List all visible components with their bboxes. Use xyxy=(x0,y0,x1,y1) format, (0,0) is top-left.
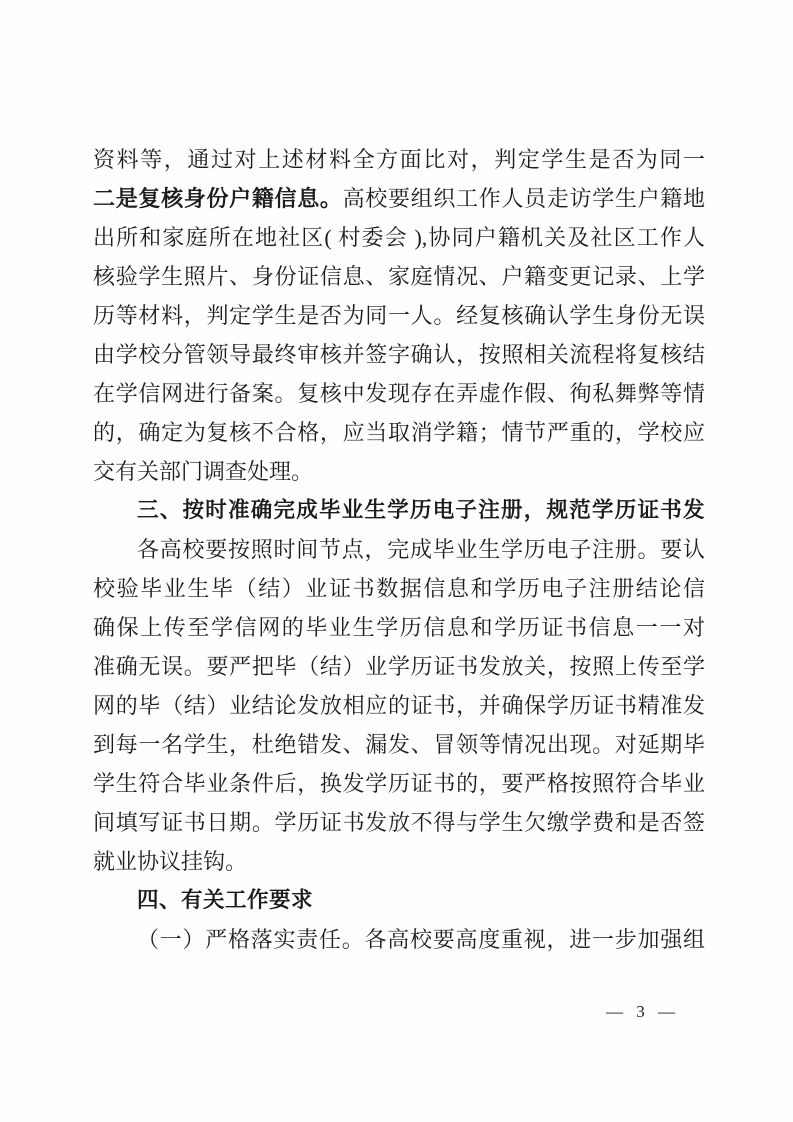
text-segment: 资料等，通过对上述材料全方面比对，判定学生是否为同一人。 xyxy=(93,147,705,179)
text-segment: 确保上传至学信网的毕业生学历信息和学历证书信息一一对应， xyxy=(93,615,705,647)
text-line: 准确无误。要严把毕（结）业学历证书发放关，按照上传至学信 xyxy=(93,647,705,686)
text-line: 到每一名学生，杜绝错发、漏发、冒领等情况出现。对延期毕业 xyxy=(93,725,705,764)
text-line: 网的毕（结）业结论发放相应的证书，并确保学历证书精准发放 xyxy=(93,686,705,725)
text-segment: 间填写证书日期。学历证书发放不得与学生欠缴学费和是否签订 xyxy=(93,810,705,842)
text-segment: 准确无误。要严把毕（结）业学历证书发放关，按照上传至学信 xyxy=(93,654,705,686)
text-segment: 由学校分管领导最终审核并签字确认，按照相关流程将复核结果 xyxy=(93,342,705,374)
text-line: 二是复核身份户籍信息。高校要组织工作人员走访学生户籍地派 xyxy=(93,179,705,218)
text-line: 学生符合毕业条件后，换发学历证书的，要严格按照符合毕业时 xyxy=(93,764,705,803)
section-4-heading: 四、有关工作要求 xyxy=(93,881,705,920)
text-line: 就业协议挂钩。 xyxy=(93,842,705,881)
text-segment: 核验学生照片、身份证信息、家庭情况、户籍变更记录、上学经 xyxy=(93,264,705,296)
text-segment: 校验毕业生毕（结）业证书数据信息和学历电子注册结论信息， xyxy=(93,576,705,608)
text-segment: 四、有关工作要求 xyxy=(137,888,313,912)
text-line: 核验学生照片、身份证信息、家庭情况、户籍变更记录、上学经 xyxy=(93,257,705,296)
document-body: 资料等，通过对上述材料全方面比对，判定学生是否为同一人。二是复核身份户籍信息。高… xyxy=(93,140,705,959)
text-segment: （一）严格落实责任。 xyxy=(137,927,365,952)
text-segment: 历等材料，判定学生是否为同一人。经复核确认学生身份无误后， xyxy=(93,303,705,335)
text-line: 确保上传至学信网的毕业生学历信息和学历证书信息一一对应， xyxy=(93,608,705,647)
text-segment: 就业协议挂钩。 xyxy=(93,849,247,874)
text-segment: 在学信网进行备案。复核中发现存在弄虚作假、徇私舞弊等情形 xyxy=(93,381,705,413)
text-line: （一）严格落实责任。各高校要高度重视，进一步加强组织 xyxy=(93,920,705,959)
text-line: 的，确定为复核不合格，应当取消学籍；情节严重的，学校应移 xyxy=(93,413,705,452)
text-line: 出所和家庭所在地社区( 村委会 ),协同户籍机关及社区工作人员， xyxy=(93,218,705,257)
text-segment: 学生符合毕业条件后，换发学历证书的，要严格按照符合毕业时 xyxy=(93,771,705,803)
text-segment: 各高校要按照时间节点，完成毕业生学历电子注册。要认真 xyxy=(93,537,705,569)
text-line: 各高校要按照时间节点，完成毕业生学历电子注册。要认真 xyxy=(93,530,705,569)
text-line: 资料等，通过对上述材料全方面比对，判定学生是否为同一人。 xyxy=(93,140,705,179)
text-line: 由学校分管领导最终审核并签字确认，按照相关流程将复核结果 xyxy=(93,335,705,374)
document-page: 资料等，通过对上述材料全方面比对，判定学生是否为同一人。二是复核身份户籍信息。高… xyxy=(0,0,793,1122)
emphasis-text: 二是复核身份户籍信息。 xyxy=(93,186,343,211)
text-line: 在学信网进行备案。复核中发现存在弄虚作假、徇私舞弊等情形 xyxy=(93,374,705,413)
text-segment: 的，确定为复核不合格，应当取消学籍；情节严重的，学校应移 xyxy=(93,420,705,452)
text-line: 校验毕业生毕（结）业证书数据信息和学历电子注册结论信息， xyxy=(93,569,705,608)
text-line: 历等材料，判定学生是否为同一人。经复核确认学生身份无误后， xyxy=(93,296,705,335)
text-segment: 交有关部门调查处理。 xyxy=(93,459,313,484)
text-line: 间填写证书日期。学历证书发放不得与学生欠缴学费和是否签订 xyxy=(93,803,705,842)
section-3-heading: 三、按时准确完成毕业生学历电子注册，规范学历证书发放 xyxy=(93,491,705,530)
page-number: — 3 — xyxy=(606,1000,675,1024)
text-segment: 三、按时准确完成毕业生学历电子注册，规范学历证书发放 xyxy=(93,498,705,530)
text-line: 交有关部门调查处理。 xyxy=(93,452,705,491)
text-segment: 网的毕（结）业结论发放相应的证书，并确保学历证书精准发放 xyxy=(93,693,705,725)
text-segment: 到每一名学生，杜绝错发、漏发、冒领等情况出现。对延期毕业 xyxy=(93,732,705,764)
text-segment: 出所和家庭所在地社区( 村委会 ),协同户籍机关及社区工作人员， xyxy=(93,225,705,257)
